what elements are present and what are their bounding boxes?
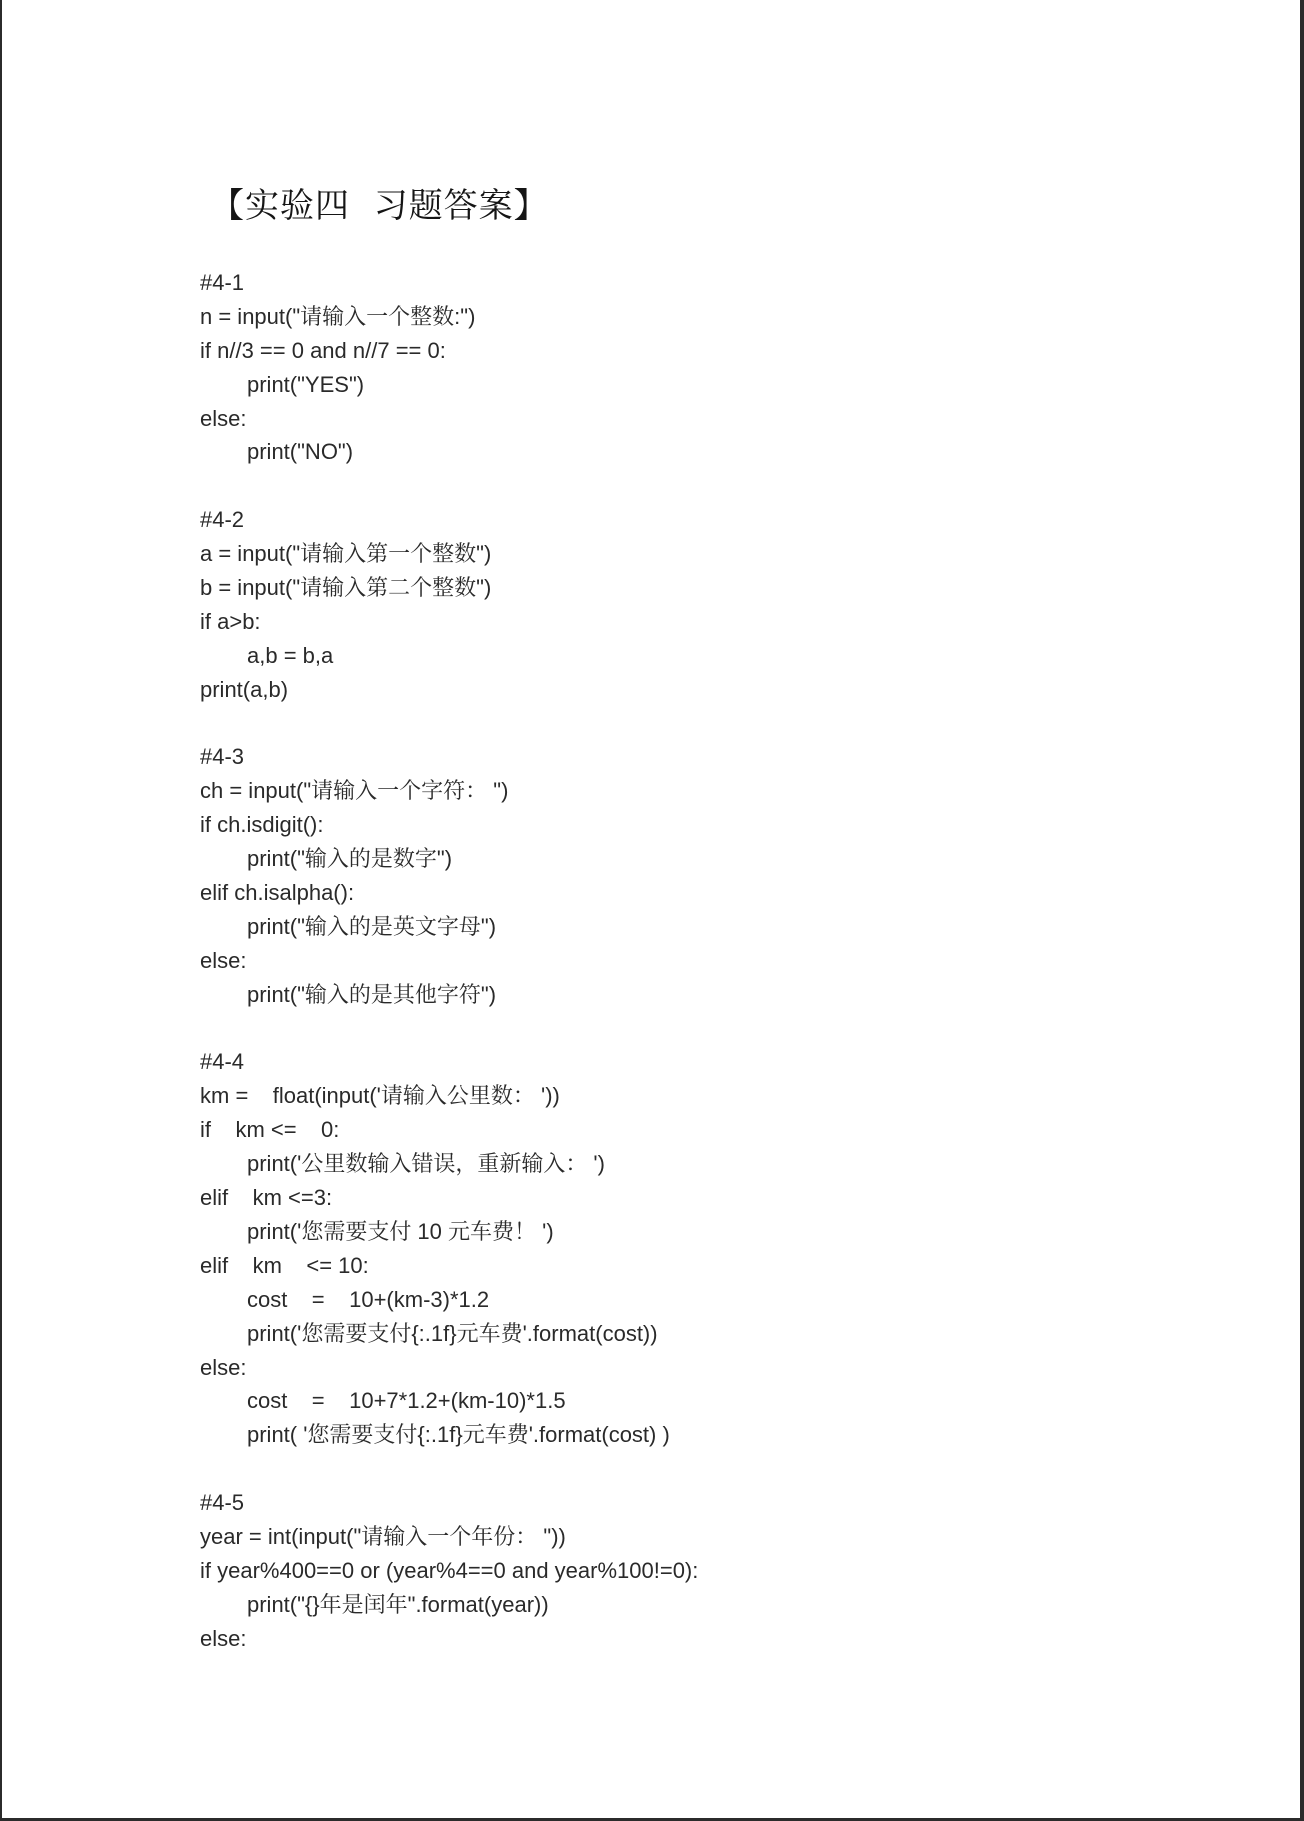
section-heading: #4-3 [200, 740, 698, 774]
code-line: n = input("请输入一个整数:") [200, 300, 698, 334]
section-heading: #4-2 [200, 503, 698, 537]
section-heading: #4-4 [200, 1045, 698, 1079]
document-page: 【实验四 习题答案】 #4-1 n = input("请输入一个整数:") if… [2, 0, 1300, 1818]
code-line: cost = 10+7*1.2+(km-10)*1.5 [200, 1384, 698, 1418]
code-line: print("NO") [200, 435, 698, 469]
code-line: if n//3 == 0 and n//7 == 0: [200, 334, 698, 368]
code-line: print("输入的是数字") [200, 842, 698, 876]
code-listing: #4-1 n = input("请输入一个整数:") if n//3 == 0 … [200, 266, 698, 1656]
code-line: if year%400==0 or (year%4==0 and year%10… [200, 1554, 698, 1588]
blank-line [200, 1452, 698, 1486]
code-line: print("输入的是其他字符") [200, 978, 698, 1012]
code-line: b = input("请输入第二个整数") [200, 571, 698, 605]
code-line: print('您需要支付{:.1f}元车费'.format(cost)) [200, 1317, 698, 1351]
code-line: if ch.isdigit(): [200, 808, 698, 842]
code-line: else: [200, 944, 698, 978]
blank-line [200, 707, 698, 741]
code-line: print('您需要支付 10 元车费！ ') [200, 1215, 698, 1249]
code-line: km = float(input('请输入公里数： ')) [200, 1079, 698, 1113]
code-line: a = input("请输入第一个整数") [200, 537, 698, 571]
page-title: 【实验四 习题答案】 [210, 178, 549, 227]
code-line: cost = 10+(km-3)*1.2 [200, 1283, 698, 1317]
code-line: else: [200, 1351, 698, 1385]
code-line: ch = input("请输入一个字符： ") [200, 774, 698, 808]
code-line: print("输入的是英文字母") [200, 910, 698, 944]
code-line: a,b = b,a [200, 639, 698, 673]
blank-line [200, 1012, 698, 1046]
code-line: print("YES") [200, 368, 698, 402]
section-heading: #4-5 [200, 1486, 698, 1520]
code-line: if a>b: [200, 605, 698, 639]
code-line: else: [200, 1622, 698, 1656]
code-line: print(a,b) [200, 673, 698, 707]
code-line: print("{}年是闰年".format(year)) [200, 1588, 698, 1622]
section-heading: #4-1 [200, 266, 698, 300]
code-line: print('公里数输入错误，重新输入： ') [200, 1147, 698, 1181]
code-line: year = int(input("请输入一个年份： ")) [200, 1520, 698, 1554]
code-line: print( '您需要支付{:.1f}元车费'.format(cost) ) [200, 1418, 698, 1452]
code-line: elif km <= 10: [200, 1249, 698, 1283]
code-line: else: [200, 402, 698, 436]
blank-line [200, 469, 698, 503]
code-line: if km <= 0: [200, 1113, 698, 1147]
code-line: elif ch.isalpha(): [200, 876, 698, 910]
code-line: elif km <=3: [200, 1181, 698, 1215]
